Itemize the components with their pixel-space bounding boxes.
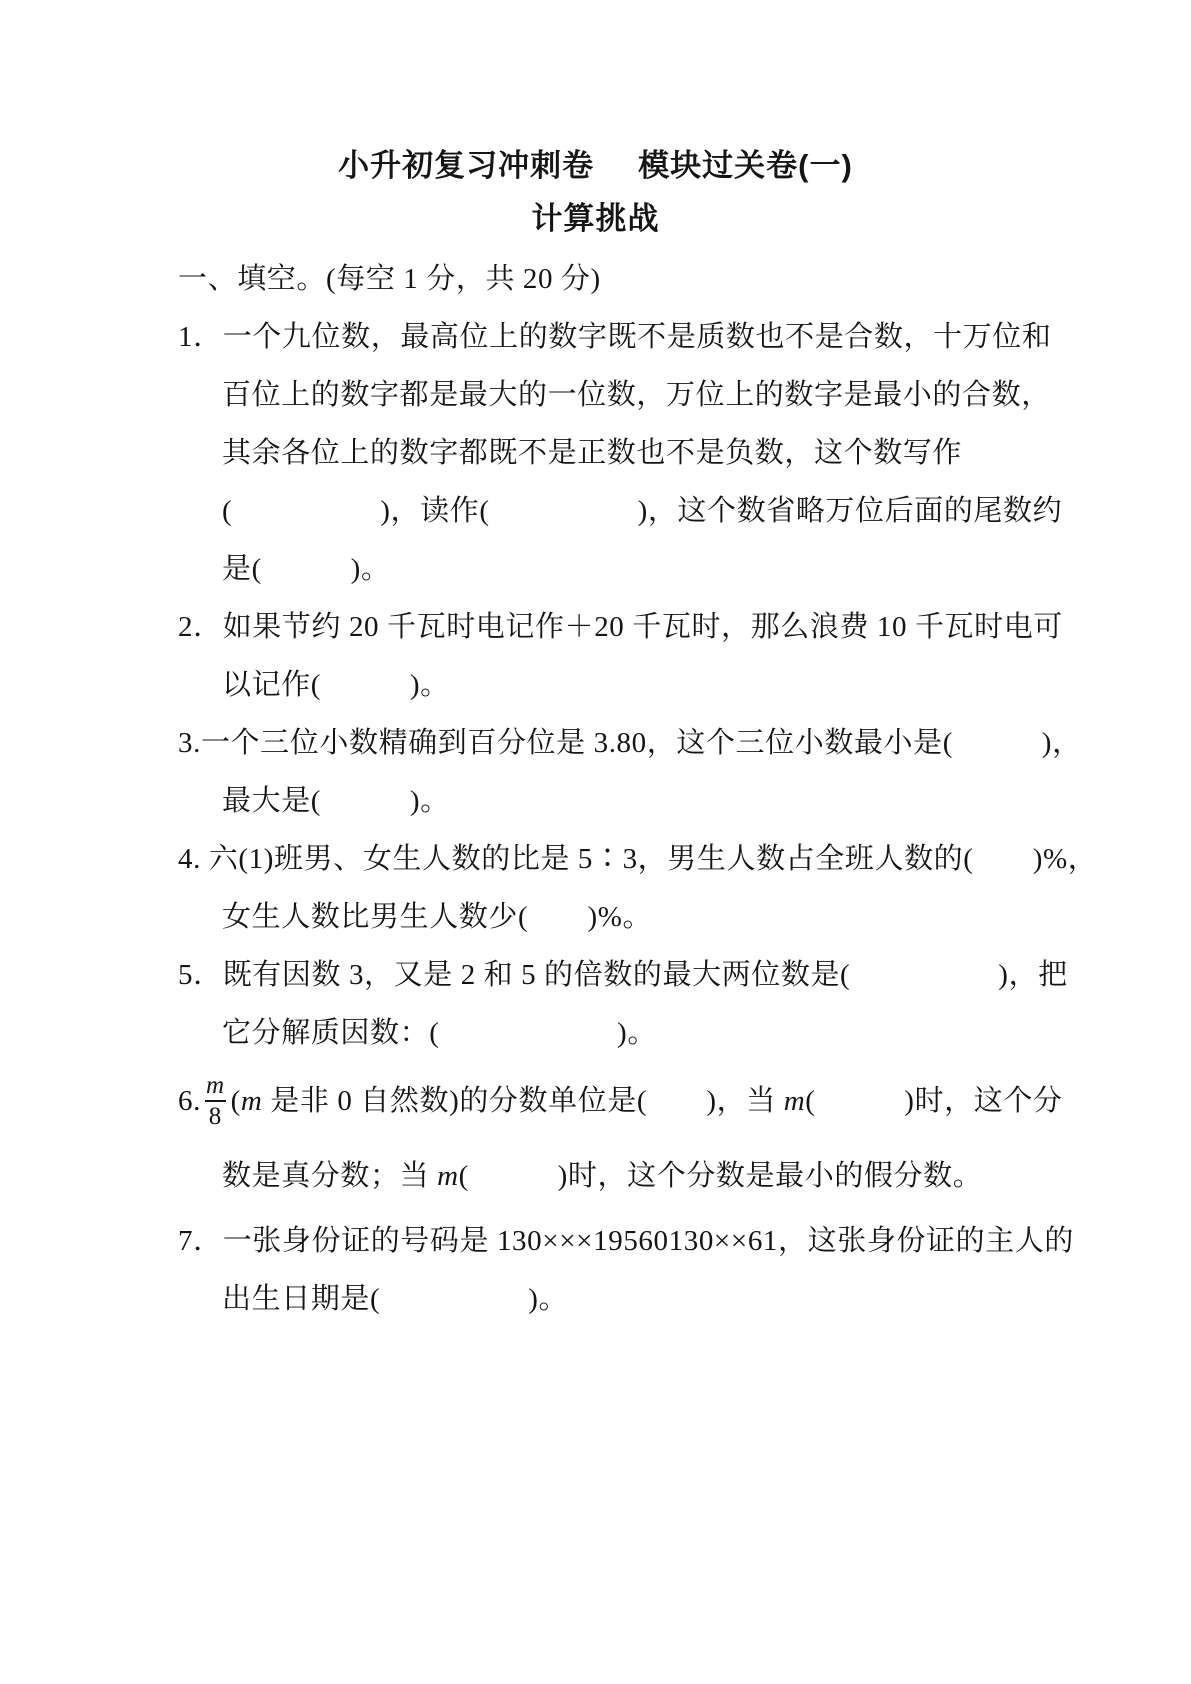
question-3-number: 3. <box>178 727 201 759</box>
question-7-line-2: 出生日期是( )。 <box>178 1270 1058 1328</box>
question-6: 6.m8(m 是非 0 自然数)的分数单位是( )，当 m( )时，这个分 数是… <box>178 1062 1058 1212</box>
worksheet-header: 小升初复习冲刺卷模块过关卷(一) 计算挑战 <box>0 0 1191 240</box>
question-7-line-1: 7．一张身份证的号码是 130×××19560130××61，这张身份证的主人的 <box>178 1212 1058 1270</box>
page-title-part2: 模块过关卷(一) <box>638 148 853 183</box>
question-text: 一个九位数，最高位上的数字既不是质数也不是合数，十万位和 <box>223 321 1052 353</box>
fraction-numerator: m <box>202 1073 229 1100</box>
question-2-number: 2． <box>178 611 223 643</box>
question-2-line-2: 以记作( )。 <box>178 656 1058 714</box>
question-text: ( )时，这个分数是最小的假分数。 <box>459 1160 983 1192</box>
question-4-line-1: 4. 六(1)班男、女生人数的比是 5∶3，男生人数占全班人数的( )%， <box>178 830 1058 888</box>
question-6-number: 6. <box>178 1085 201 1117</box>
question-1-line-5: 是( )。 <box>178 540 1058 598</box>
question-2-line-1: 2．如果节约 20 千瓦时电记作＋20 千瓦时，那么浪费 10 千瓦时电可 <box>178 598 1058 656</box>
question-text: 如果节约 20 千瓦时电记作＋20 千瓦时，那么浪费 10 千瓦时电可 <box>223 611 1063 643</box>
question-4: 4. 六(1)班男、女生人数的比是 5∶3，男生人数占全班人数的( )%， 女生… <box>178 830 1058 946</box>
variable-m: m <box>784 1085 806 1117</box>
worksheet-body: 一、填空。(每空 1 分，共 20 分) 1．一个九位数，最高位上的数字既不是质… <box>178 250 1058 1328</box>
question-text: 是非 0 自然数)的分数单位是( )，当 <box>262 1085 783 1117</box>
question-1-line-2: 百位上的数字都是最大的一位数，万位上的数字是最小的合数， <box>178 366 1058 424</box>
question-6-line-1: 6.m8(m 是非 0 自然数)的分数单位是( )，当 m( )时，这个分 <box>178 1062 1058 1140</box>
fraction-denominator: 8 <box>205 1100 226 1130</box>
question-text: 一张身份证的号码是 130×××19560130××61，这张身份证的主人的 <box>223 1225 1074 1257</box>
question-5-line-2: 它分解质因数：( )。 <box>178 1004 1058 1062</box>
question-text: ( )时，这个分 <box>805 1085 1062 1117</box>
question-4-number: 4. <box>178 843 209 875</box>
question-5-line-1: 5．既有因数 3，又是 2 和 5 的倍数的最大两位数是( )，把 <box>178 946 1058 1004</box>
worksheet-page: 小升初复习冲刺卷模块过关卷(一) 计算挑战 一、填空。(每空 1 分，共 20 … <box>0 0 1191 1328</box>
variable-m: m <box>241 1085 263 1117</box>
question-5-number: 5． <box>178 959 223 991</box>
question-1: 1．一个九位数，最高位上的数字既不是质数也不是合数，十万位和 百位上的数字都是最… <box>178 308 1058 598</box>
fraction-m-over-8: m8 <box>202 1073 229 1130</box>
question-text: 数是真分数；当 <box>222 1160 437 1192</box>
question-1-line-1: 1．一个九位数，最高位上的数字既不是质数也不是合数，十万位和 <box>178 308 1058 366</box>
page-subtitle: 计算挑战 <box>0 198 1191 240</box>
question-text: ( <box>231 1085 241 1117</box>
question-text: 六(1)班男、女生人数的比是 5∶3，男生人数占全班人数的( )%， <box>209 843 1098 875</box>
question-4-line-2: 女生人数比男生人数少( )%。 <box>178 888 1058 946</box>
question-6-line-2: 数是真分数；当 m( )时，这个分数是最小的假分数。 <box>178 1140 1058 1212</box>
section-header: 一、填空。(每空 1 分，共 20 分) <box>178 250 1058 308</box>
page-title-part1: 小升初复习冲刺卷 <box>338 148 594 183</box>
question-7: 7．一张身份证的号码是 130×××19560130××61，这张身份证的主人的… <box>178 1212 1058 1328</box>
question-1-line-4: ( )，读作( )，这个数省略万位后面的尾数约 <box>178 482 1058 540</box>
question-2: 2．如果节约 20 千瓦时电记作＋20 千瓦时，那么浪费 10 千瓦时电可 以记… <box>178 598 1058 714</box>
question-7-number: 7． <box>178 1225 223 1257</box>
question-3: 3.一个三位小数精确到百分位是 3.80，这个三位小数最小是( )， 最大是( … <box>178 714 1058 830</box>
question-3-line-2: 最大是( )。 <box>178 772 1058 830</box>
question-1-number: 1． <box>178 321 223 353</box>
question-text: 一个三位小数精确到百分位是 3.80，这个三位小数最小是( )， <box>201 727 1082 759</box>
variable-m: m <box>437 1160 459 1192</box>
question-text: 既有因数 3，又是 2 和 5 的倍数的最大两位数是( )，把 <box>223 959 1068 991</box>
page-title: 小升初复习冲刺卷模块过关卷(一) <box>0 145 1191 187</box>
question-3-line-1: 3.一个三位小数精确到百分位是 3.80，这个三位小数最小是( )， <box>178 714 1058 772</box>
question-5: 5．既有因数 3，又是 2 和 5 的倍数的最大两位数是( )，把 它分解质因数… <box>178 946 1058 1062</box>
question-1-line-3: 其余各位上的数字都既不是正数也不是负数，这个数写作 <box>178 424 1058 482</box>
